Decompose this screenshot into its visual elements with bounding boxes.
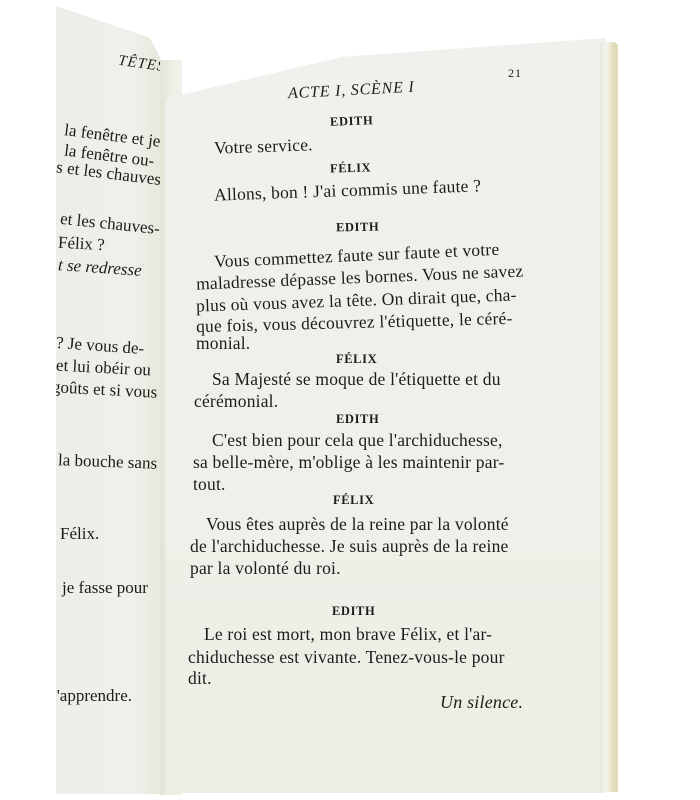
dialogue-line: sa belle-mère, m'oblige à les maintenir …	[193, 452, 504, 473]
dialogue-line: tout.	[193, 474, 226, 495]
dialogue-line: chiduchesse est vivante. Tenez-vous-le p…	[188, 647, 505, 668]
dialogue-line: de l'archiduchesse. Je suis auprès de la…	[190, 536, 508, 557]
dialogue-line: C'est bien pour cela que l'archiduchesse…	[212, 430, 503, 451]
dialogue-line: Vous êtes auprès de la reine par la volo…	[206, 514, 509, 535]
speaker-name: FÉLIX	[330, 160, 372, 176]
running-head: ACTE I, SCÈNE I	[288, 79, 415, 104]
stage-direction: Un silence.	[440, 692, 523, 713]
dialogue-line: cérémonial.	[194, 391, 278, 412]
dialogue-line: Allons, bon ! J'ai commis une faute ?	[214, 175, 482, 205]
right-page-text: ACTE I, SCÈNE I 21 EDITH Votre service. …	[0, 0, 700, 800]
dialogue-line: Votre service.	[214, 134, 313, 158]
speaker-name: EDITH	[336, 412, 379, 427]
speaker-name: EDITH	[336, 220, 380, 236]
speaker-name: FÉLIX	[336, 352, 377, 367]
dialogue-line: monial.	[196, 333, 250, 354]
dialogue-line: Sa Majesté se moque de l'étiquette et du	[212, 369, 501, 390]
speaker-name: EDITH	[332, 604, 375, 619]
page-number: 21	[508, 66, 522, 81]
dialogue-line: Le roi est mort, mon brave Félix, et l'a…	[204, 624, 492, 645]
speaker-name: FÉLIX	[333, 493, 374, 508]
speaker-name: EDITH	[330, 113, 374, 130]
dialogue-line: par la volonté du roi.	[190, 558, 341, 579]
dialogue-line: dit.	[188, 668, 212, 689]
